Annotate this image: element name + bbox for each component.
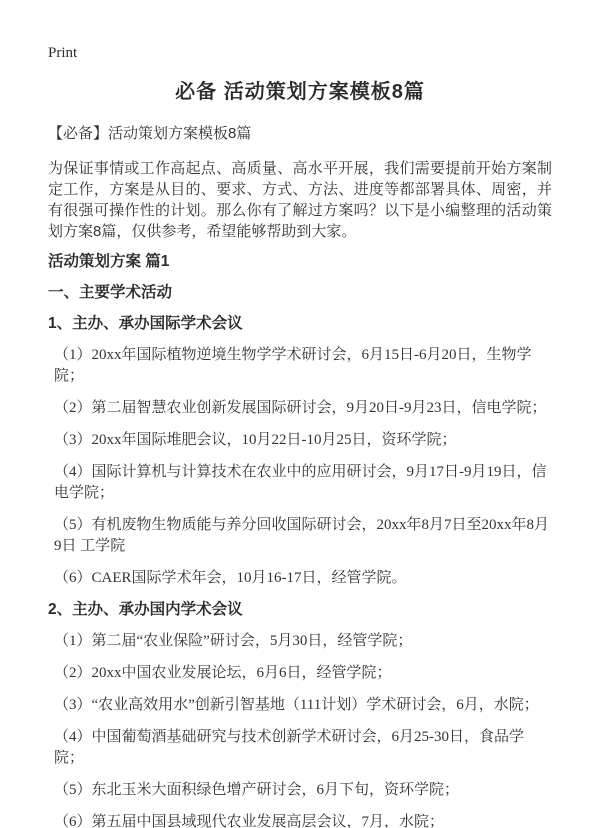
section-heading: 一、主要学术活动 [48,283,552,303]
list-item: （1）第二届“农业保险”研讨会，5月30日，经管学院； [48,631,552,652]
list-item: （4）中国葡萄酒基础研究与技术创新学术研讨会，6月25-30日，食品学院； [48,727,552,769]
article-heading: 活动策划方案 篇1 [48,252,552,272]
subsection-1-heading: 1、主办、承办国际学术会议 [48,314,552,334]
list-item: （3）20xx年国际堆肥会议，10月22日-10月25日，资环学院； [48,430,552,451]
list-item: （2）20xx中国农业发展论坛，6月6日，经管学院； [48,663,552,684]
list-item: （6）CAER国际学术年会，10月16-17日，经管学院。 [48,568,552,589]
list-item: （2）第二届智慧农业创新发展国际研讨会，9月20日-9月23日，信电学院； [48,398,552,419]
intro-paragraph: 为保证事情或工作高起点、高质量、高水平开展，我们需要提前开始方案制定工作，方案是… [48,158,552,242]
list-item: （3）“农业高效用水”创新引智基地（111计划）学术研讨会，6月，水院； [48,695,552,716]
print-button[interactable]: Print [48,45,77,62]
page-title: 必备 活动策划方案模板8篇 [48,80,552,104]
document-subtitle: 【必备】活动策划方案模板8篇 [48,124,552,143]
list-item: （6）第五届中国县域现代农业发展高层会议，7月，水院； [48,812,552,828]
list-item: （4）国际计算机与计算技术在农业中的应用研讨会，9月17日-9月19日，信电学院… [48,462,552,504]
list-item: （5）东北玉米大面积绿色增产研讨会，6月下旬，资环学院； [48,780,552,801]
list-item: （5）有机废物生物质能与养分回收国际研讨会，20xx年8月7日至20xx年8月9… [48,515,552,557]
document-page: Print 必备 活动策划方案模板8篇 【必备】活动策划方案模板8篇 为保证事情… [0,0,600,828]
subsection-2-heading: 2、主办、承办国内学术会议 [48,600,552,620]
list-item: （1）20xx年国际植物逆境生物学学术研讨会，6月15日-6月20日，生物学院； [48,345,552,387]
